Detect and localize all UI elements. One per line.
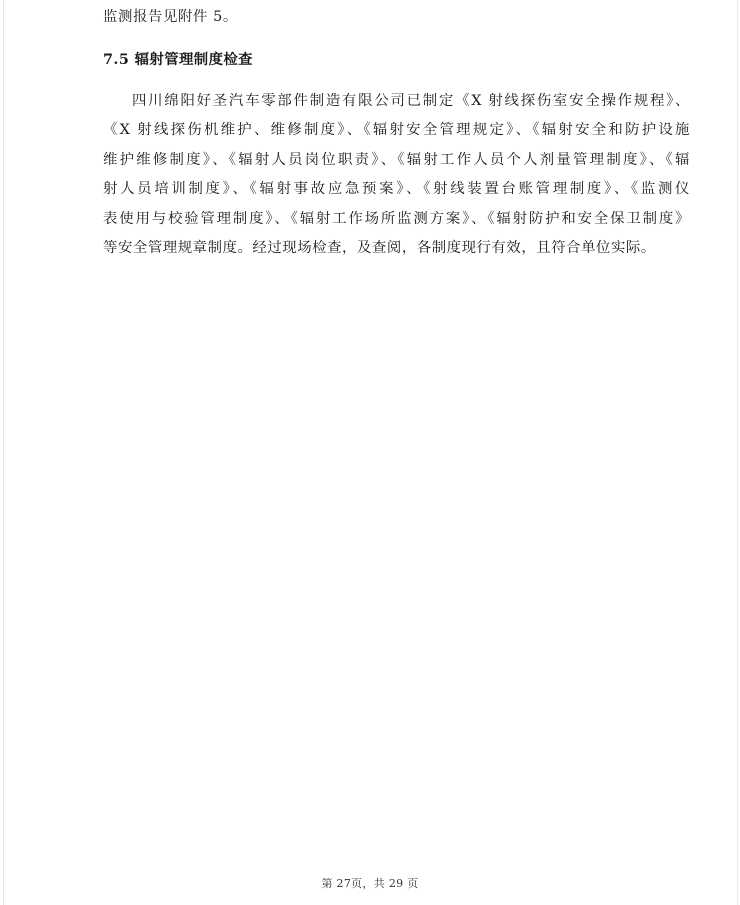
paragraph-line: 等安全管理规章制度。经过现场检查，及查阅，各制度现行有效，且符合单位实际。 xyxy=(103,238,690,267)
section-heading: 7.5 辐射管理制度检查 xyxy=(103,50,253,70)
body-paragraph: 四川绵阳好圣汽车零部件制造有限公司已制定《X 射线探伤室安全操作规程》、 《X … xyxy=(103,91,690,267)
paragraph-line: 维护维修制度》、《辐射人员岗位职责》、《辐射工作人员个人剂量管理制度》、《辐 xyxy=(103,150,690,179)
paragraph-line: 四川绵阳好圣汽车零部件制造有限公司已制定《X 射线探伤室安全操作规程》、 xyxy=(103,91,690,120)
page-scan-edge-left xyxy=(3,0,4,905)
attachment-reference-text: 监测报告见附件 5。 xyxy=(103,7,238,27)
paragraph-line: 《X 射线探伤机维护、维修制度》、《辐射安全管理规定》、《辐射安全和防护设施 xyxy=(103,120,690,149)
paragraph-line: 表使用与校验管理制度》、《辐射工作场所监测方案》、《辐射防护和安全保卫制度》 xyxy=(103,209,690,238)
paragraph-line: 射人员培训制度》、《辐射事故应急预案》、《射线装置台账管理制度》、《监测仪 xyxy=(103,179,690,208)
page-number-footer: 第 27页，共 29 页 xyxy=(0,877,740,891)
page-scan-edge-right xyxy=(737,0,738,905)
